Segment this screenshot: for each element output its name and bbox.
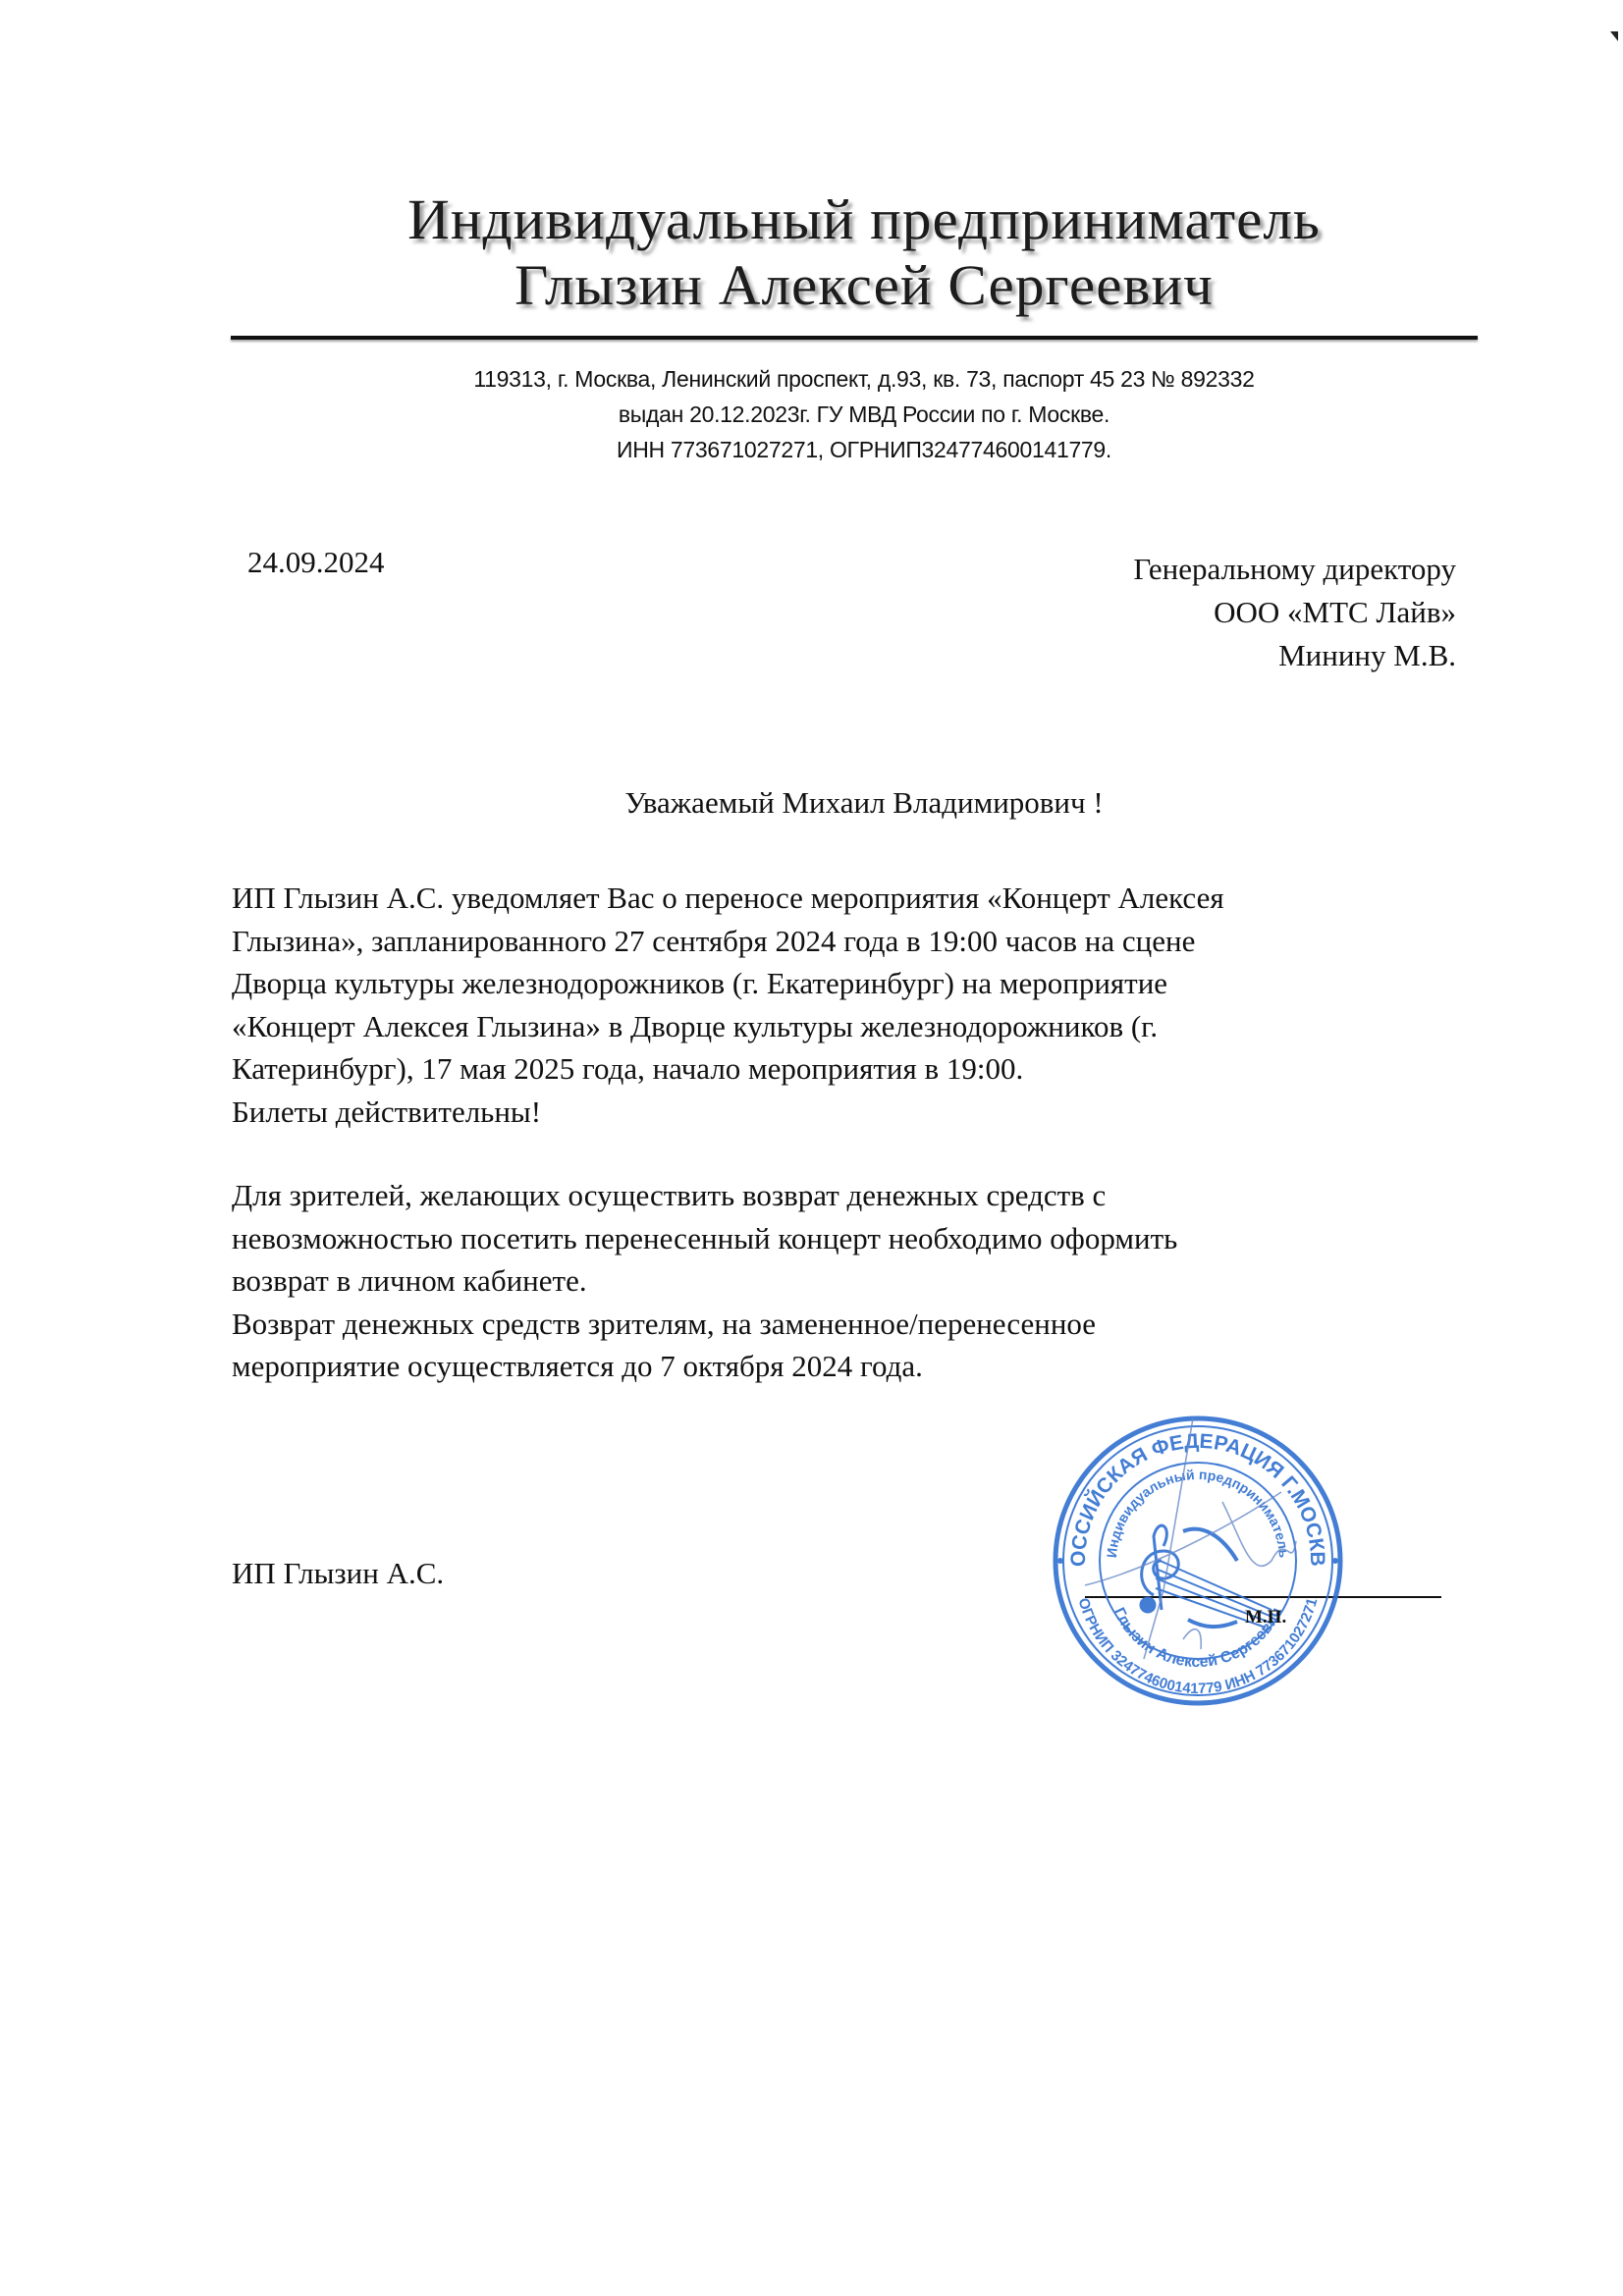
signatory-name: ИП Глызин А.С. [232,1556,444,1591]
requisites-line2: выдан 20.12.2023г. ГУ МВД России по г. М… [226,401,1502,428]
body-line: «Концерт Алексея Глызина» в Дворце культ… [232,1005,1508,1048]
company-seal-stamp: РОССИЙСКАЯ ФЕДЕРАЦИЯ Г.МОСКВА Индивидуал… [1046,1414,1350,1708]
seal-place-label: М.П. [1245,1607,1286,1629]
letterhead-title-line2: Глызин Алексей Сергеевич [213,252,1515,318]
addressee-block: Генеральному директору ООО «МТС Лайв» Ми… [1133,548,1456,677]
body-paragraph-1: ИП Глызин А.С. уведомляет Вас о переносе… [232,877,1508,1133]
body-line: мероприятие осуществляется до 7 октября … [232,1345,1508,1388]
body-line: возврат в личном кабинете. [232,1259,1508,1303]
body-paragraph-2: Для зрителей, желающих осуществить возвр… [232,1174,1508,1388]
addressee-name: Минину М.В. [1133,634,1456,677]
salutation: Уважаемый Михаил Владимирович ! [226,785,1502,821]
requisites-line3: ИНН 773671027271, ОГРНИП324774600141779. [226,437,1502,463]
addressee-position: Генеральному директору [1133,548,1456,591]
body-line: невозможностью посетить перенесенный кон… [232,1217,1508,1260]
scan-corner-mark [1610,31,1618,41]
body-line: Катеринбург), 17 мая 2025 года, начало м… [232,1047,1508,1091]
body-line: Дворца культуры железнодорожников (г. Ек… [232,962,1508,1005]
letter-date: 24.09.2024 [247,545,385,580]
body-line: ИП Глызин А.С. уведомляет Вас о переносе… [232,877,1508,920]
requisites-line1: 119313, г. Москва, Ленинский проспект, д… [226,366,1502,393]
letter-page: Индивидуальный предприниматель Глызин Ал… [0,0,1623,2296]
body-line: Глызина», запланированного 27 сентября 2… [232,920,1508,963]
stamp-inner-top-text: Индивидуальный предприниматель [1104,1467,1292,1559]
body-line: Для зрителей, желающих осуществить возвр… [232,1174,1508,1217]
letterhead-divider [231,336,1478,340]
body-line: Билеты действительны! [232,1091,1508,1134]
addressee-company: ООО «МТС Лайв» [1133,591,1456,634]
body-line: Возврат денежных средств зрителям, на за… [232,1303,1508,1346]
letterhead-title-line1: Индивидуальный предприниматель [213,187,1515,252]
